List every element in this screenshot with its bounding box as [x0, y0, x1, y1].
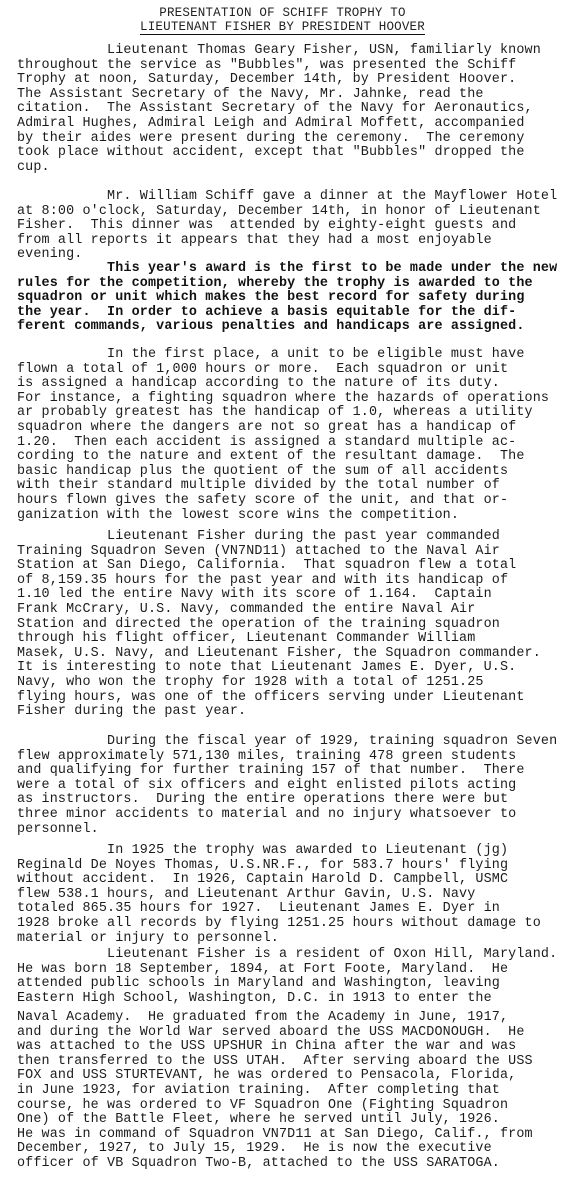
text-line: 1928 broke all records by flying 1251.25…	[17, 917, 562, 932]
paragraph-presentation: Lieutenant Thomas Geary Fisher, USN, fam…	[17, 44, 562, 175]
text-line: Lieutenant Thomas Geary Fisher, USN, fam…	[17, 44, 562, 59]
paragraph-eligibility: In the first place, a unit to be eligibl…	[17, 348, 562, 523]
text-line: from all reports it appears that they ha…	[17, 234, 562, 249]
text-line: This year's award is the first to be mad…	[17, 262, 562, 277]
paragraph-new-rules: This year's award is the first to be mad…	[17, 262, 562, 335]
text-line: Lieutenant Fisher is a resident of Oxon …	[17, 948, 562, 963]
text-line: One) of the Battle Fleet, where he serve…	[17, 1113, 562, 1128]
text-line: in June 1923, for aviation training. Aft…	[17, 1084, 562, 1099]
text-line: Fisher during the past year.	[17, 705, 562, 720]
text-line: Navy, who won the trophy for 1928 with a…	[17, 676, 562, 691]
text-line: officer of VB Squadron Two-B, attached t…	[17, 1157, 562, 1172]
text-line: Trophy at noon, Saturday, December 14th,…	[17, 73, 562, 88]
paragraph-dinner: Mr. William Schiff gave a dinner at the …	[17, 190, 562, 263]
text-line: Admiral Hughes, Admiral Leigh and Admira…	[17, 117, 562, 132]
text-line: at 8:00 o'clock, Saturday, December 14th…	[17, 205, 562, 220]
text-line: through his flight officer, Lieutenant C…	[17, 632, 562, 647]
text-line: Lieutenant Fisher during the past year c…	[17, 530, 562, 545]
title-text: PRESENTATION OF SCHIFF TROPHY TO	[159, 6, 405, 20]
paragraph-fiscal-year: During the fiscal year of 1929, training…	[17, 735, 562, 837]
text-line: Masek, U.S. Navy, and Lieutenant Fisher,…	[17, 647, 562, 662]
text-line: He was in command of Squadron VN7D11 at …	[17, 1128, 562, 1143]
text-line: ar probably greatest has the handicap of…	[17, 406, 562, 421]
text-line: December, 1927, to July 15, 1929. He is …	[17, 1142, 562, 1157]
paragraph-career: Naval Academy. He graduated from the Aca…	[17, 1011, 562, 1172]
text-line: material or injury to personnel.	[17, 932, 562, 947]
document-page: PRESENTATION OF SCHIFF TROPHY TO LIEUTEN…	[0, 0, 565, 1180]
document-title-line-2: LIEUTENANT FISHER BY PRESIDENT HOOVER	[0, 20, 565, 34]
text-line: totaled 865.35 hours for 1927. Lieutenan…	[17, 902, 562, 917]
text-line: squadron or unit which makes the best re…	[17, 291, 562, 306]
text-line: Naval Academy. He graduated from the Aca…	[17, 1011, 562, 1026]
text-line: 1.10 led the entire Navy with its score …	[17, 588, 562, 603]
text-line: 1.20. Then each accident is assigned a s…	[17, 436, 562, 451]
paragraph-biography: Lieutenant Fisher is a resident of Oxon …	[17, 948, 562, 1006]
text-line: flew approximately 571,130 miles, traini…	[17, 750, 562, 765]
text-line: as instructors. During the entire operat…	[17, 793, 562, 808]
text-line: It is interesting to note that Lieutenan…	[17, 661, 562, 676]
text-line: and qualifying for further training 157 …	[17, 764, 562, 779]
text-line: is assigned a handicap according to the …	[17, 377, 562, 392]
document-title-line-1: PRESENTATION OF SCHIFF TROPHY TO	[0, 6, 565, 20]
text-line: flew 538.1 hours, and Lieutenant Arthur …	[17, 888, 562, 903]
text-line: hours flown gives the safety score of th…	[17, 494, 562, 509]
text-line: Fisher. This dinner was attended by eigh…	[17, 219, 562, 234]
text-line: Mr. William Schiff gave a dinner at the …	[17, 190, 562, 205]
text-line: of 8,159.35 hours for the past year and …	[17, 574, 562, 589]
text-line: took place without accident, except that…	[17, 146, 562, 161]
text-line: three minor accidents to material and no…	[17, 808, 562, 823]
text-line: He was born 18 September, 1894, at Fort …	[17, 963, 562, 978]
text-line: were a total of six officers and eight e…	[17, 779, 562, 794]
text-line: Training Squadron Seven (VN7ND11) attach…	[17, 545, 562, 560]
title-text-underlined: LIEUTENANT FISHER BY PRESIDENT HOOVER	[140, 20, 425, 35]
text-line: then transferred to the USS UTAH. After …	[17, 1055, 562, 1070]
text-line: rules for the competition, whereby the t…	[17, 277, 562, 292]
text-line: squadron where the dangers are not so gr…	[17, 421, 562, 436]
text-line: with their standard multiple divided by …	[17, 479, 562, 494]
text-line: without accident. In 1926, Captain Harol…	[17, 873, 562, 888]
text-line: Reginald De Noyes Thomas, U.S.NR.F., for…	[17, 859, 562, 874]
text-line: Station at San Diego, California. That s…	[17, 559, 562, 574]
text-line: flown a total of 1,000 hours or more. Ea…	[17, 363, 562, 378]
text-line: attended public schools in Maryland and …	[17, 977, 562, 992]
text-line: citation. The Assistant Secretary of the…	[17, 102, 562, 117]
text-line: throughout the service as "Bubbles", was…	[17, 59, 562, 74]
text-line: Station and directed the operation of th…	[17, 618, 562, 633]
text-line: ferent commands, various penalties and h…	[17, 320, 562, 335]
text-line: course, he was ordered to VF Squadron On…	[17, 1099, 562, 1114]
text-line: the year. In order to achieve a basis eq…	[17, 306, 562, 321]
text-line: ganization with the lowest score wins th…	[17, 509, 562, 524]
text-line: cording to the nature and extent of the …	[17, 450, 562, 465]
paragraph-past-winners: In 1925 the trophy was awarded to Lieute…	[17, 844, 562, 946]
text-line: Frank McCrary, U.S. Navy, commanded the …	[17, 603, 562, 618]
text-line: flying hours, was one of the officers se…	[17, 691, 562, 706]
text-line: For instance, a fighting squadron where …	[17, 392, 562, 407]
text-line: Eastern High School, Washington, D.C. in…	[17, 992, 562, 1007]
text-line: basic handicap plus the quotient of the …	[17, 465, 562, 480]
text-line: personnel.	[17, 823, 562, 838]
text-line: by their aides were present during the c…	[17, 132, 562, 147]
text-line: During the fiscal year of 1929, training…	[17, 735, 562, 750]
text-line: FOX and USS STURTEVANT, he was ordered t…	[17, 1069, 562, 1084]
text-line: cup.	[17, 161, 562, 176]
text-line: and during the World War served aboard t…	[17, 1026, 562, 1041]
text-line: was attached to the USS UPSHUR in China …	[17, 1040, 562, 1055]
text-line: In the first place, a unit to be eligibl…	[17, 348, 562, 363]
text-line: The Assistant Secretary of the Navy, Mr.…	[17, 88, 562, 103]
paragraph-training-squadron: Lieutenant Fisher during the past year c…	[17, 530, 562, 720]
text-line: In 1925 the trophy was awarded to Lieute…	[17, 844, 562, 859]
